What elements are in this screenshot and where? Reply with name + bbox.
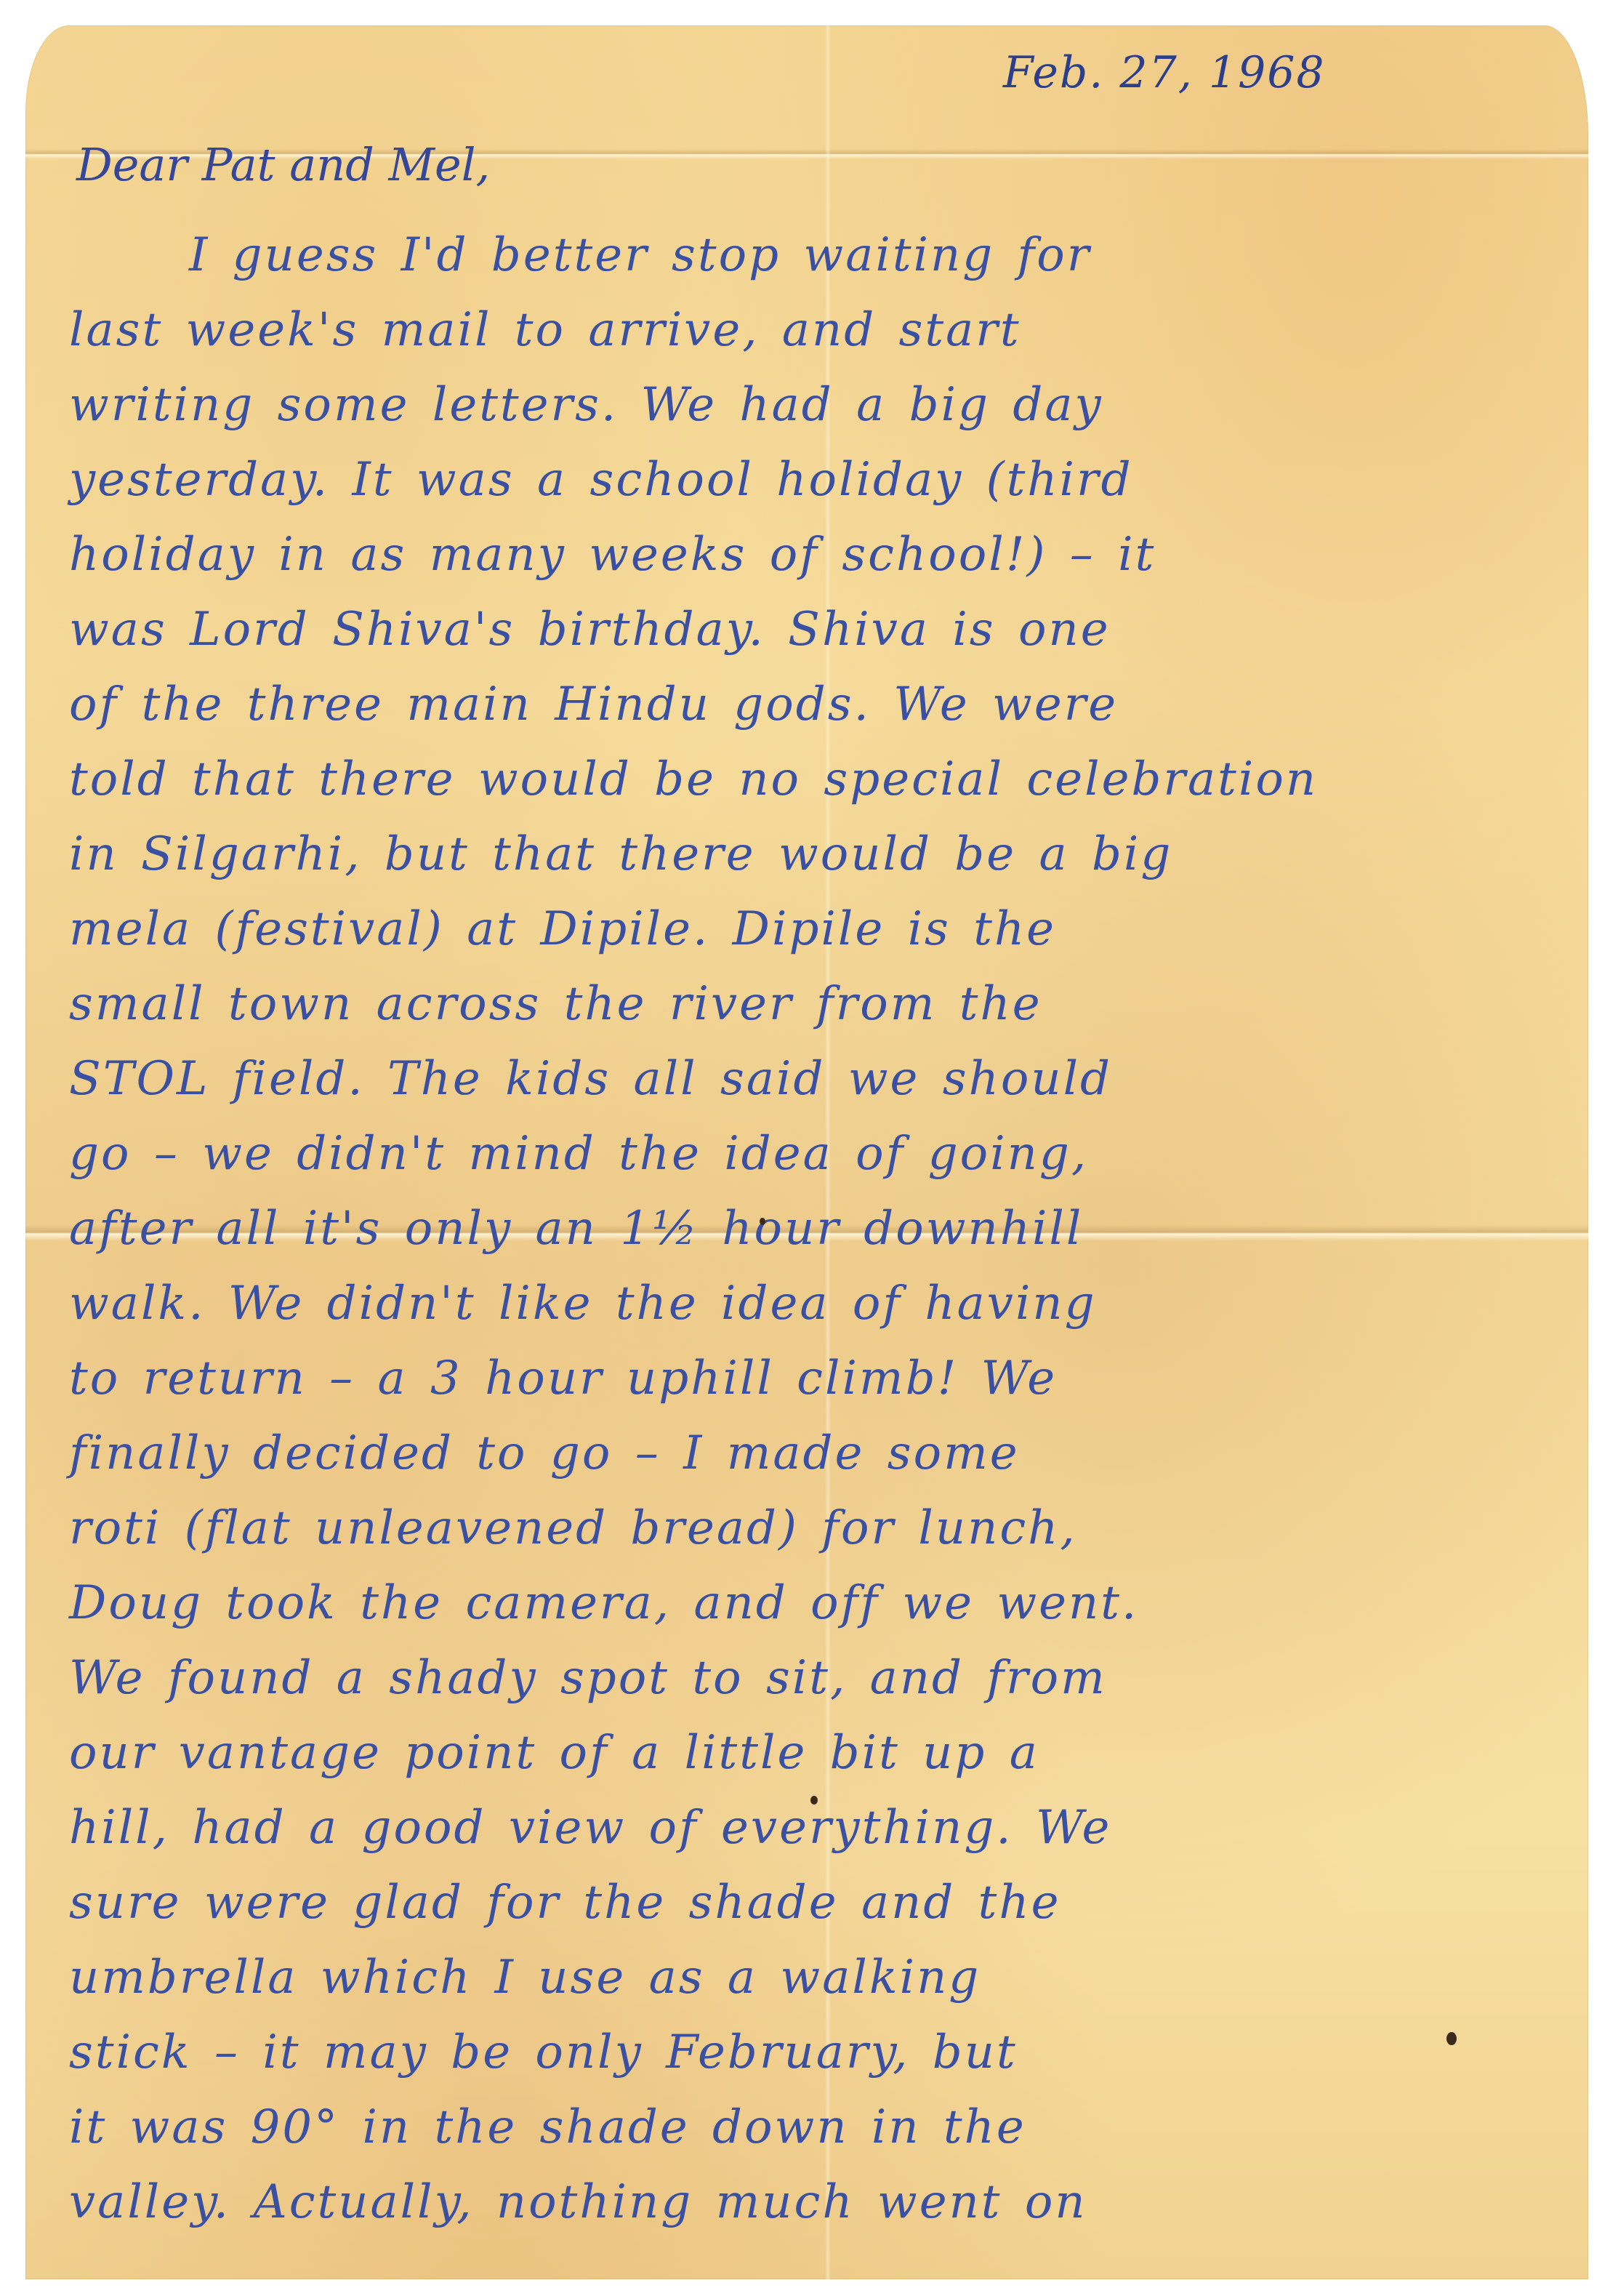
body-line: after all it's only an 1½ hour downhill — [69, 1192, 1595, 1267]
body-line: holiday in as many weeks of school!) – i… — [69, 518, 1595, 593]
body-line: umbrella which I use as a walking — [69, 1940, 1595, 2015]
body-line: last week's mail to arrive, and start — [69, 293, 1595, 368]
ink-spot — [1446, 2032, 1457, 2045]
body-line: walk. We didn't like the idea of having — [69, 1267, 1595, 1341]
body-line: it was 90° in the shade down in the — [69, 2090, 1595, 2165]
body-line: in Silgarhi, but that there would be a b… — [69, 817, 1595, 892]
body-line: Doug took the camera, and off we went. — [69, 1566, 1595, 1641]
letter-date: Feb. 27, 1968 — [1003, 47, 1326, 98]
letter-page: Feb. 27, 1968 Dear Pat and Mel, I guess … — [25, 25, 1588, 2279]
body-line: sure were glad for the shade and the — [69, 1866, 1595, 1940]
body-line: of the three main Hindu gods. We were — [69, 667, 1595, 742]
body-line: yesterday. It was a school holiday (thir… — [69, 443, 1595, 518]
body-line: to return – a 3 hour uphill climb! We — [69, 1341, 1595, 1416]
body-line: roti (flat unleavened bread) for lunch, — [69, 1491, 1595, 1566]
body-line: hill, had a good view of everything. We — [69, 1791, 1595, 1866]
body-line: stick – it may be only February, but — [69, 2015, 1595, 2090]
body-line: valley. Actually, nothing much went on — [69, 2165, 1595, 2240]
letter-body: I guess I'd better stop waiting for last… — [69, 218, 1595, 2240]
body-line: STOL field. The kids all said we should — [69, 1042, 1595, 1117]
body-line: writing some letters. We had a big day — [69, 368, 1595, 443]
body-line: small town across the river from the — [69, 967, 1595, 1042]
body-line: We found a shady spot to sit, and from — [69, 1641, 1595, 1716]
body-line: our vantage point of a little bit up a — [69, 1716, 1595, 1791]
body-line: told that there would be no special cele… — [69, 742, 1595, 817]
body-line: go – we didn't mind the idea of going, — [69, 1117, 1595, 1192]
body-line: was Lord Shiva's birthday. Shiva is one — [69, 593, 1595, 667]
body-line: finally decided to go – I made some — [69, 1416, 1595, 1491]
body-line: mela (festival) at Dipile. Dipile is the — [69, 892, 1595, 967]
salutation: Dear Pat and Mel, — [76, 138, 490, 191]
body-line: I guess I'd better stop waiting for — [69, 218, 1595, 293]
ink-spot — [810, 1796, 818, 1805]
ink-spot — [760, 1218, 765, 1225]
